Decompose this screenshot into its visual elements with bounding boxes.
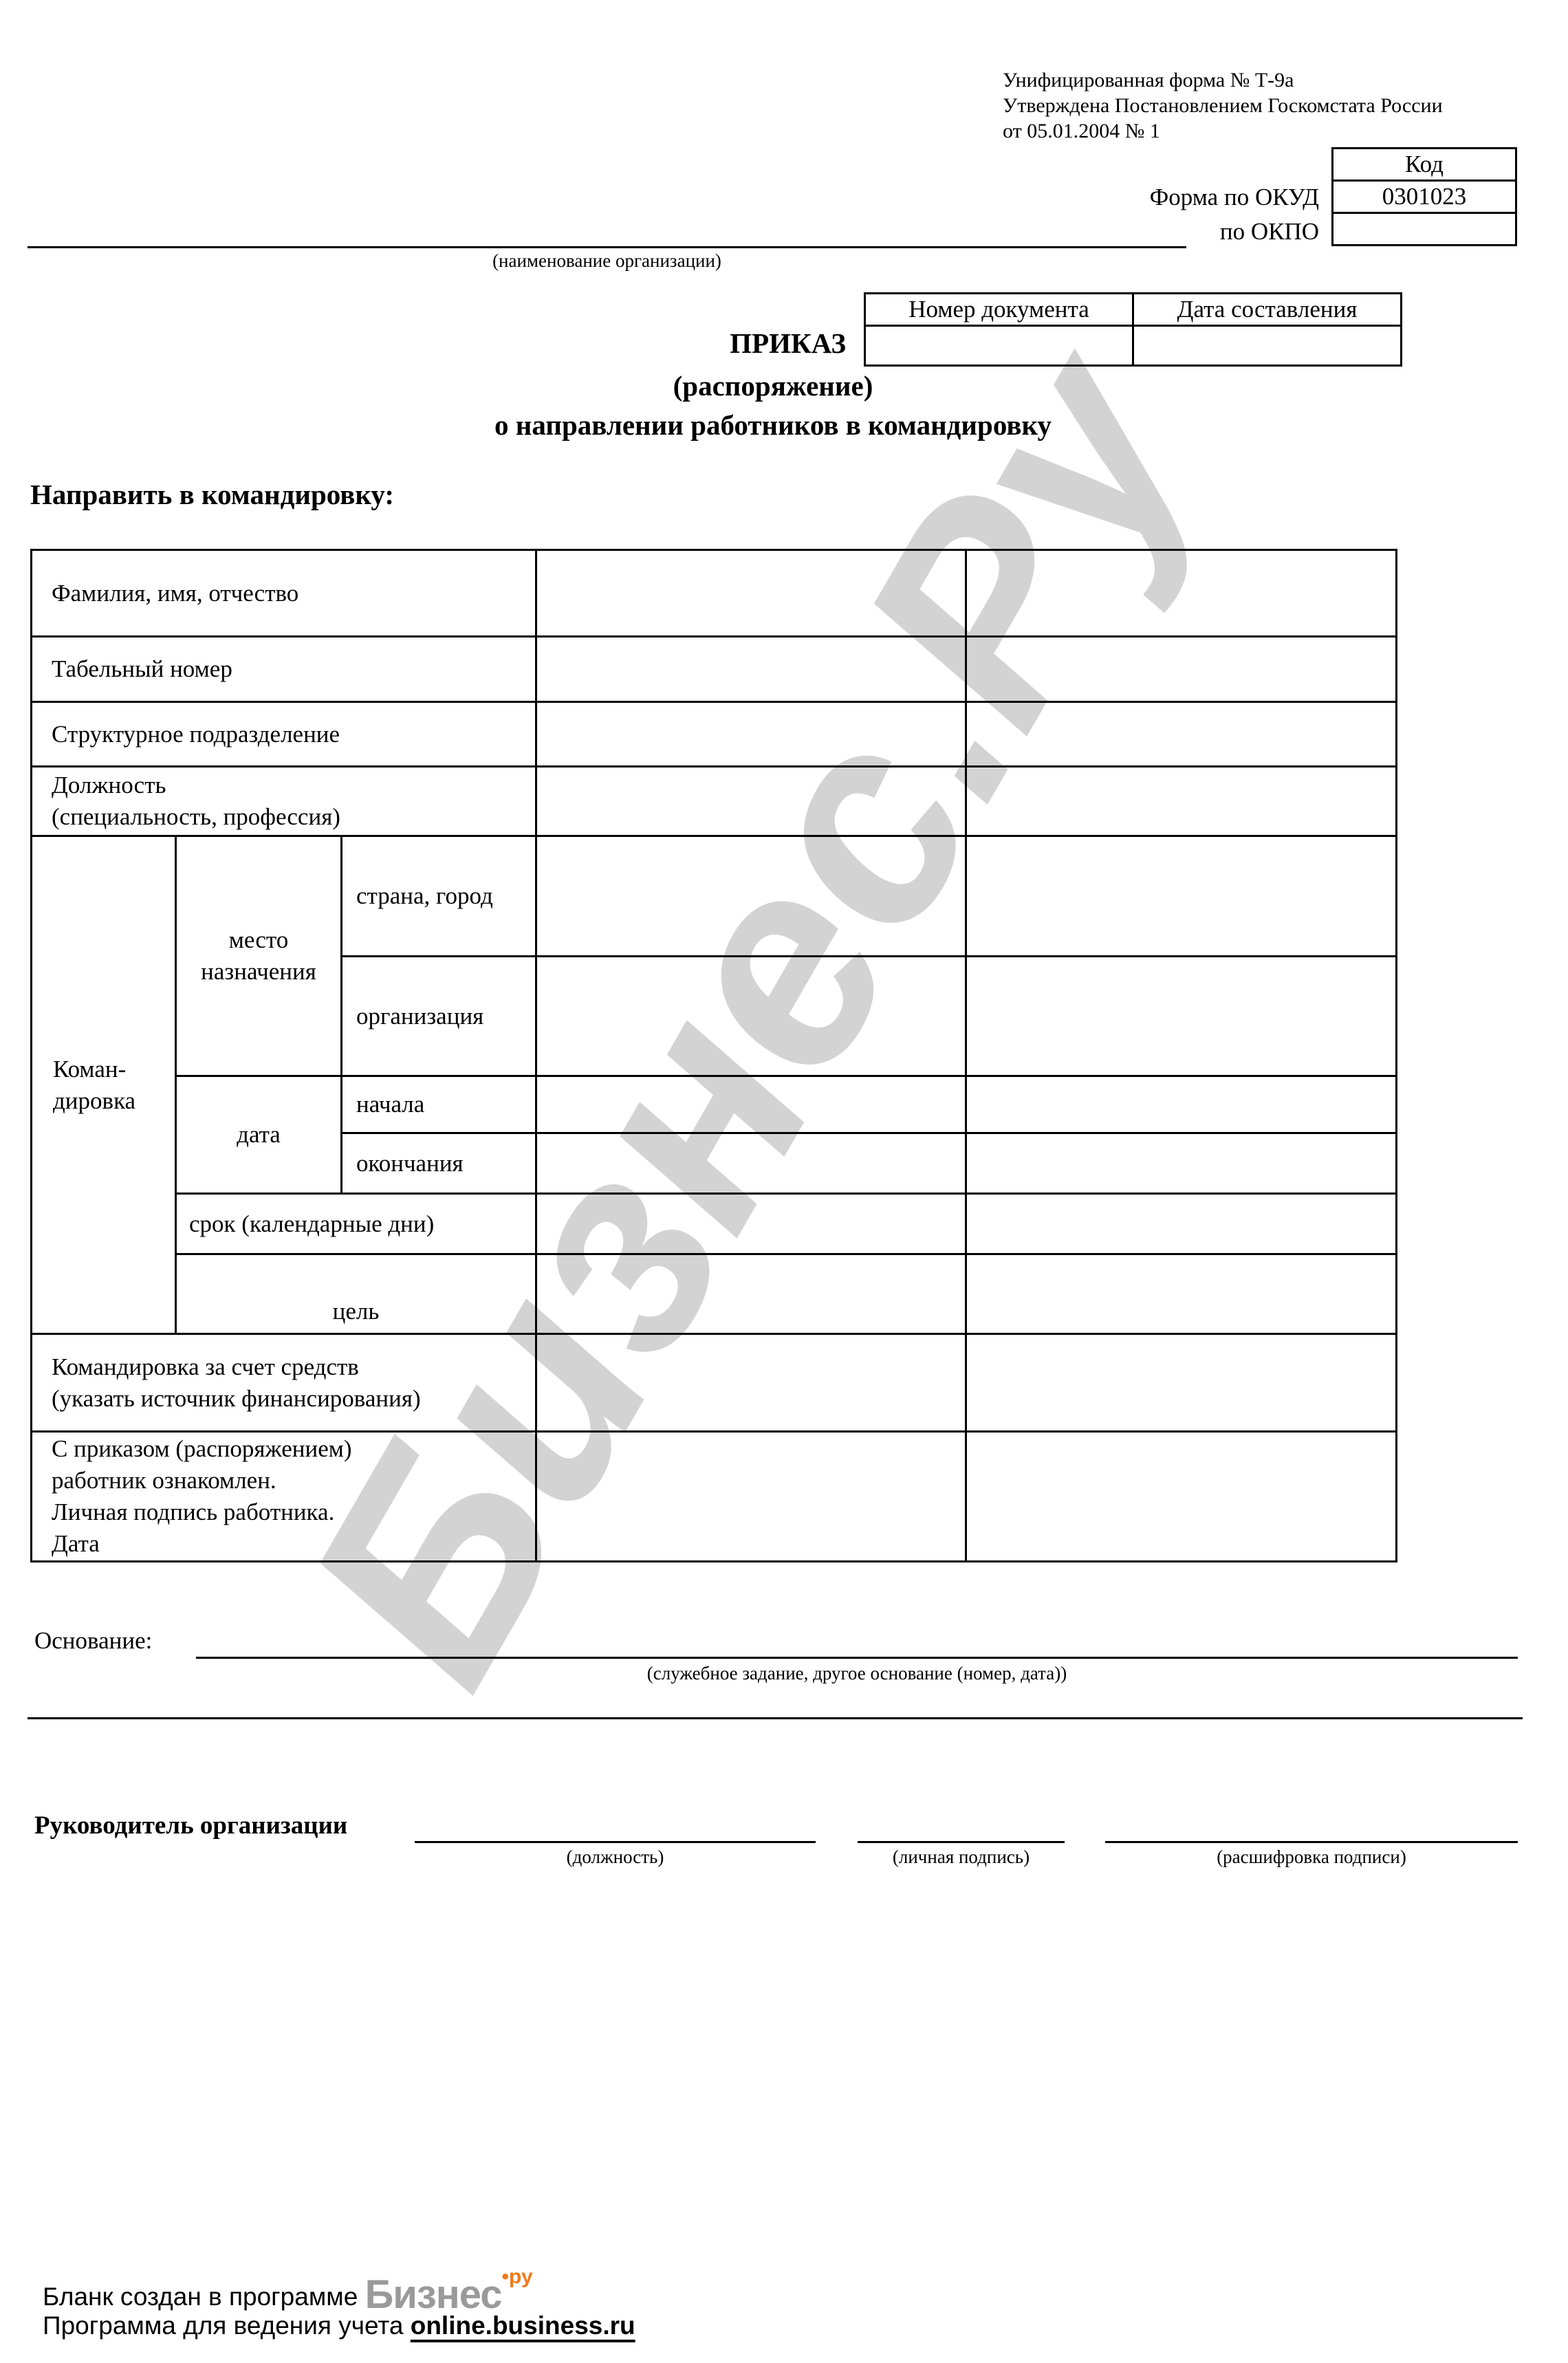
row-label-trip: Коман- дировка bbox=[32, 836, 176, 1334]
okud-label: Форма по ОКУД bbox=[1150, 180, 1319, 215]
okud-value[interactable]: 0301023 bbox=[1333, 181, 1516, 213]
table-row: Должность (специальность, профессия) bbox=[32, 767, 1397, 836]
document-date-field[interactable] bbox=[1133, 326, 1402, 366]
table-row: дата начала bbox=[32, 1076, 1397, 1133]
employee1-fio-cell[interactable] bbox=[536, 550, 966, 637]
code-box: Код 0301023 bbox=[1331, 147, 1517, 246]
page-title: ПРИКАЗ bbox=[619, 327, 846, 360]
signature-decoding-field[interactable] bbox=[1105, 1841, 1518, 1843]
form-number-line: Унифицированная форма № Т-9а bbox=[1003, 67, 1443, 93]
footer-created-text: Бланк создан в программе bbox=[43, 2283, 358, 2311]
basis-caption: (служебное задание, другое основание (но… bbox=[196, 1663, 1518, 1684]
employee2-position-cell[interactable] bbox=[966, 767, 1397, 836]
funding-label-line1: Командировка за счет средств bbox=[52, 1351, 535, 1383]
employee2-organization-cell[interactable] bbox=[966, 957, 1397, 1076]
lead-text: Направить в командировку: bbox=[30, 478, 394, 511]
document-number-field[interactable] bbox=[865, 326, 1133, 366]
row-label-fio: Фамилия, имя, отчество bbox=[32, 550, 536, 637]
footer-line1: Бланк создан в программе Бизнес•ру bbox=[43, 2263, 635, 2311]
footer-link[interactable]: online.business.ru bbox=[411, 2311, 635, 2340]
employee1-purpose-cell[interactable] bbox=[536, 1254, 966, 1334]
row-label-date-start: начала bbox=[342, 1076, 536, 1133]
signature-sign-caption: (личная подпись) bbox=[858, 1847, 1065, 1868]
employee1-organization-cell[interactable] bbox=[536, 957, 966, 1076]
form-approval-line: Утверждена Постановлением Госкомстата Ро… bbox=[1003, 93, 1443, 118]
ack-label-line3: Личная подпись работника. bbox=[52, 1496, 535, 1528]
signature-label: Руководитель организации bbox=[34, 1811, 347, 1840]
employee2-tab-number-cell[interactable] bbox=[966, 637, 1397, 702]
basis-label: Основание: bbox=[34, 1627, 152, 1655]
destination-label-line1: место bbox=[177, 924, 340, 956]
employee1-acknowledgement-cell[interactable] bbox=[536, 1432, 966, 1562]
footer: Бланк создан в программе Бизнес•ру Прогр… bbox=[43, 2263, 635, 2340]
basis-extra-line[interactable] bbox=[28, 1717, 1523, 1719]
employee1-date-end-cell[interactable] bbox=[536, 1133, 966, 1194]
row-label-organization: организация bbox=[342, 957, 536, 1076]
position-label-line1: Должность bbox=[52, 770, 535, 801]
employee2-date-end-cell[interactable] bbox=[966, 1133, 1397, 1194]
employee2-department-cell[interactable] bbox=[966, 702, 1397, 767]
employee2-purpose-cell[interactable] bbox=[966, 1254, 1397, 1334]
basis-field[interactable] bbox=[196, 1657, 1518, 1659]
table-row: Табельный номер bbox=[32, 637, 1397, 702]
ack-label-line2: работник ознакомлен. bbox=[52, 1465, 535, 1496]
destination-label-line2: назначения bbox=[177, 956, 340, 988]
trip-label-line2: дировка bbox=[53, 1085, 175, 1117]
document-date-header: Дата составления bbox=[1133, 294, 1402, 326]
organization-caption: (наименование организации) bbox=[28, 250, 1186, 272]
position-label-line2: (специальность, профессия) bbox=[52, 801, 535, 833]
document-number-header: Номер документа bbox=[865, 294, 1133, 326]
footer-program-text: Программа для ведения учета bbox=[43, 2311, 403, 2340]
employee1-funding-cell[interactable] bbox=[536, 1334, 966, 1432]
signature-position-field[interactable] bbox=[415, 1841, 816, 1843]
table-row: Фамилия, имя, отчество bbox=[32, 550, 1397, 637]
employee1-position-cell[interactable] bbox=[536, 767, 966, 836]
row-label-date: дата bbox=[176, 1076, 342, 1194]
title-subject: о направлении работников в командировку bbox=[0, 409, 1546, 442]
ack-label-line1: С приказом (распоряжением) bbox=[52, 1433, 535, 1465]
employee1-duration-cell[interactable] bbox=[536, 1194, 966, 1254]
code-header: Код bbox=[1333, 149, 1516, 181]
employee1-country-city-cell[interactable] bbox=[536, 836, 966, 957]
row-label-position: Должность (специальность, профессия) bbox=[32, 767, 536, 836]
okpo-label: по ОКПО bbox=[1220, 215, 1319, 249]
row-label-destination: место назначения bbox=[176, 836, 342, 1076]
organization-name-field[interactable] bbox=[28, 246, 1186, 248]
employee1-department-cell[interactable] bbox=[536, 702, 966, 767]
title-order-type: (распоряжение) bbox=[0, 369, 1546, 402]
row-label-tab-number: Табельный номер bbox=[32, 637, 536, 702]
row-label-purpose: цель bbox=[176, 1254, 536, 1334]
employees-table: Фамилия, имя, отчество Табельный номер С… bbox=[30, 549, 1397, 1562]
row-label-date-end: окончания bbox=[342, 1133, 536, 1194]
employee1-tab-number-cell[interactable] bbox=[536, 637, 966, 702]
brand-logo-suffix: •ру bbox=[502, 2265, 533, 2288]
brand-logo: Бизнес bbox=[365, 2272, 502, 2317]
signature-sign-field[interactable] bbox=[858, 1841, 1065, 1843]
employee2-date-start-cell[interactable] bbox=[966, 1076, 1397, 1133]
table-row: цель bbox=[32, 1254, 1397, 1334]
form-date-line: от 05.01.2004 № 1 bbox=[1003, 118, 1443, 144]
employee2-fio-cell[interactable] bbox=[966, 550, 1397, 637]
employee2-country-city-cell[interactable] bbox=[966, 836, 1397, 957]
employee2-funding-cell[interactable] bbox=[966, 1334, 1397, 1432]
employee2-duration-cell[interactable] bbox=[966, 1194, 1397, 1254]
signature-decoding-caption: (расшифровка подписи) bbox=[1105, 1847, 1518, 1868]
table-row: Командировка за счет средств (указать ис… bbox=[32, 1334, 1397, 1432]
form-approval-block: Унифицированная форма № Т-9а Утверждена … bbox=[1003, 67, 1443, 144]
row-label-funding: Командировка за счет средств (указать ис… bbox=[32, 1334, 536, 1432]
employee1-date-start-cell[interactable] bbox=[536, 1076, 966, 1133]
trip-label-line1: Коман- bbox=[53, 1054, 175, 1085]
table-row: Структурное подразделение bbox=[32, 702, 1397, 767]
row-label-duration: срок (календарные дни) bbox=[176, 1194, 536, 1254]
okpo-value[interactable] bbox=[1333, 213, 1516, 246]
employee2-acknowledgement-cell[interactable] bbox=[966, 1432, 1397, 1562]
footer-line2: Программа для ведения учета online.busin… bbox=[43, 2311, 635, 2340]
table-row: срок (календарные дни) bbox=[32, 1194, 1397, 1254]
funding-label-line2: (указать источник финансирования) bbox=[52, 1383, 535, 1415]
document-number-table: Номер документа Дата составления bbox=[864, 292, 1402, 367]
table-row: Коман- дировка место назначения страна, … bbox=[32, 836, 1397, 957]
row-label-department: Структурное подразделение bbox=[32, 702, 536, 767]
table-row: С приказом (распоряжением) работник озна… bbox=[32, 1432, 1397, 1562]
row-label-acknowledgement: С приказом (распоряжением) работник озна… bbox=[32, 1432, 536, 1562]
signature-position-caption: (должность) bbox=[415, 1847, 816, 1868]
row-label-country-city: страна, город bbox=[342, 836, 536, 957]
ack-label-line4: Дата bbox=[52, 1528, 535, 1560]
